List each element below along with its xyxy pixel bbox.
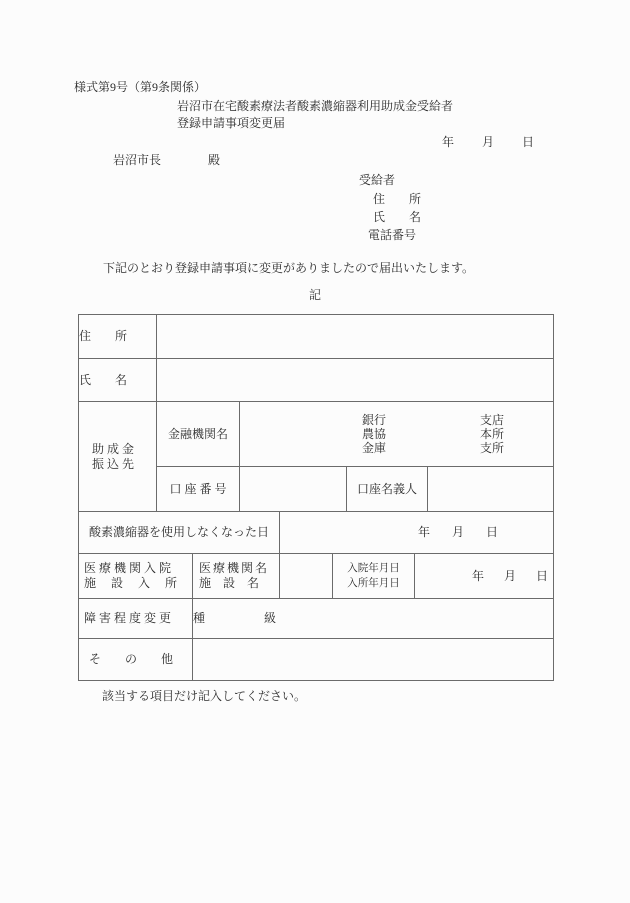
account-number-label: 口 座 番 号 — [157, 467, 240, 512]
bank-name-label: 金融機関名 — [157, 402, 240, 467]
transfer-destination-label: 助 成 金 振 込 先 — [79, 402, 157, 512]
account-number-cell — [240, 467, 347, 512]
name-value-cell — [157, 359, 554, 402]
form-title-line1: 岩沼市在宅酸素療法者酸素濃縮器利用助成金受給者 — [177, 100, 453, 113]
form-document-page: 様式第9号（第9条関係） 岩沼市在宅酸素療法者酸素濃縮器利用助成金受給者 登録申… — [0, 0, 630, 903]
disability-kyu-label: 級 — [264, 611, 276, 625]
bank-name-cell: 銀行 農協 金庫 支店 本所 支所 — [240, 402, 554, 467]
branch-type-column: 支店 本所 支所 — [480, 413, 504, 455]
disability-change-label: 障 害 程 度 変 更 — [79, 599, 193, 639]
form-number: 様式第9号（第9条関係） — [74, 81, 206, 94]
addressee: 岩沼市長 — [113, 153, 161, 167]
oxygen-stop-label: 酸素濃縮器を使用しなくなった日 — [79, 512, 280, 554]
disability-row: 障 害 程 度 変 更 種級 — [79, 599, 554, 639]
hospital-name-cell — [280, 554, 333, 599]
other-value-cell — [193, 639, 554, 681]
recipient-address-label: 住 所 — [373, 193, 421, 206]
bank-type-column: 銀行 農協 金庫 — [362, 413, 386, 455]
other-label: そ の 他 — [79, 639, 193, 681]
recipient-phone-label: 電話番号 — [368, 229, 416, 242]
addressee-line: 岩沼市長殿 — [113, 154, 161, 167]
oxygen-stop-date: 年 月 日 — [418, 525, 503, 539]
name-label: 氏 名 — [79, 359, 157, 402]
hospital-admission-label: 医 療 機 関 入 院 施 設 入 所 — [79, 554, 193, 599]
form-title-line2: 登録申請事項変更届 — [177, 117, 285, 130]
name-row: 氏 名 — [79, 359, 554, 402]
address-value-cell — [157, 315, 554, 359]
admission-date: 年 月 日 — [472, 569, 552, 583]
hospital-name-label: 医療機関名 施 設 名 — [193, 554, 280, 599]
oxygen-stop-row: 酸素濃縮器を使用しなくなった日 年 月 日 — [79, 512, 554, 554]
other-row: そ の 他 — [79, 639, 554, 681]
intro-text: 下記のとおり登録申請事項に変更がありましたので届出いたします。 — [103, 262, 474, 275]
disability-shu-label: 種 — [193, 611, 205, 625]
header-date-placeholder: 年 月 日 — [442, 136, 542, 149]
account-holder-cell — [428, 467, 554, 512]
oxygen-stop-date-cell: 年 月 日 — [280, 512, 554, 554]
admission-date-cell: 年 月 日 — [415, 554, 554, 599]
recipient-heading: 受給者 — [359, 174, 395, 187]
hospital-row: 医 療 機 関 入 院 施 設 入 所 医療機関名 施 設 名 入院年月日 入所… — [79, 554, 554, 599]
change-items-table: 住 所 氏 名 助 成 金 振 込 先 金融機関名 銀行 農協 金庫 — [78, 314, 554, 681]
ki-heading: 記 — [0, 289, 630, 302]
address-label: 住 所 — [79, 315, 157, 359]
bank-row: 助 成 金 振 込 先 金融機関名 銀行 農協 金庫 支店 本所 支所 — [79, 402, 554, 467]
admission-date-label: 入院年月日 入所年月日 — [333, 554, 415, 599]
recipient-name-label: 氏 名 — [373, 211, 421, 224]
bank-type-options: 銀行 農協 金庫 支店 本所 支所 — [240, 413, 553, 455]
address-row: 住 所 — [79, 315, 554, 359]
footer-note: 該当する項目だけ記入してください。 — [102, 690, 306, 703]
account-holder-label: 口座名義人 — [347, 467, 428, 512]
disability-grade-cell: 種級 — [193, 599, 554, 639]
honorific: 殿 — [208, 154, 220, 167]
